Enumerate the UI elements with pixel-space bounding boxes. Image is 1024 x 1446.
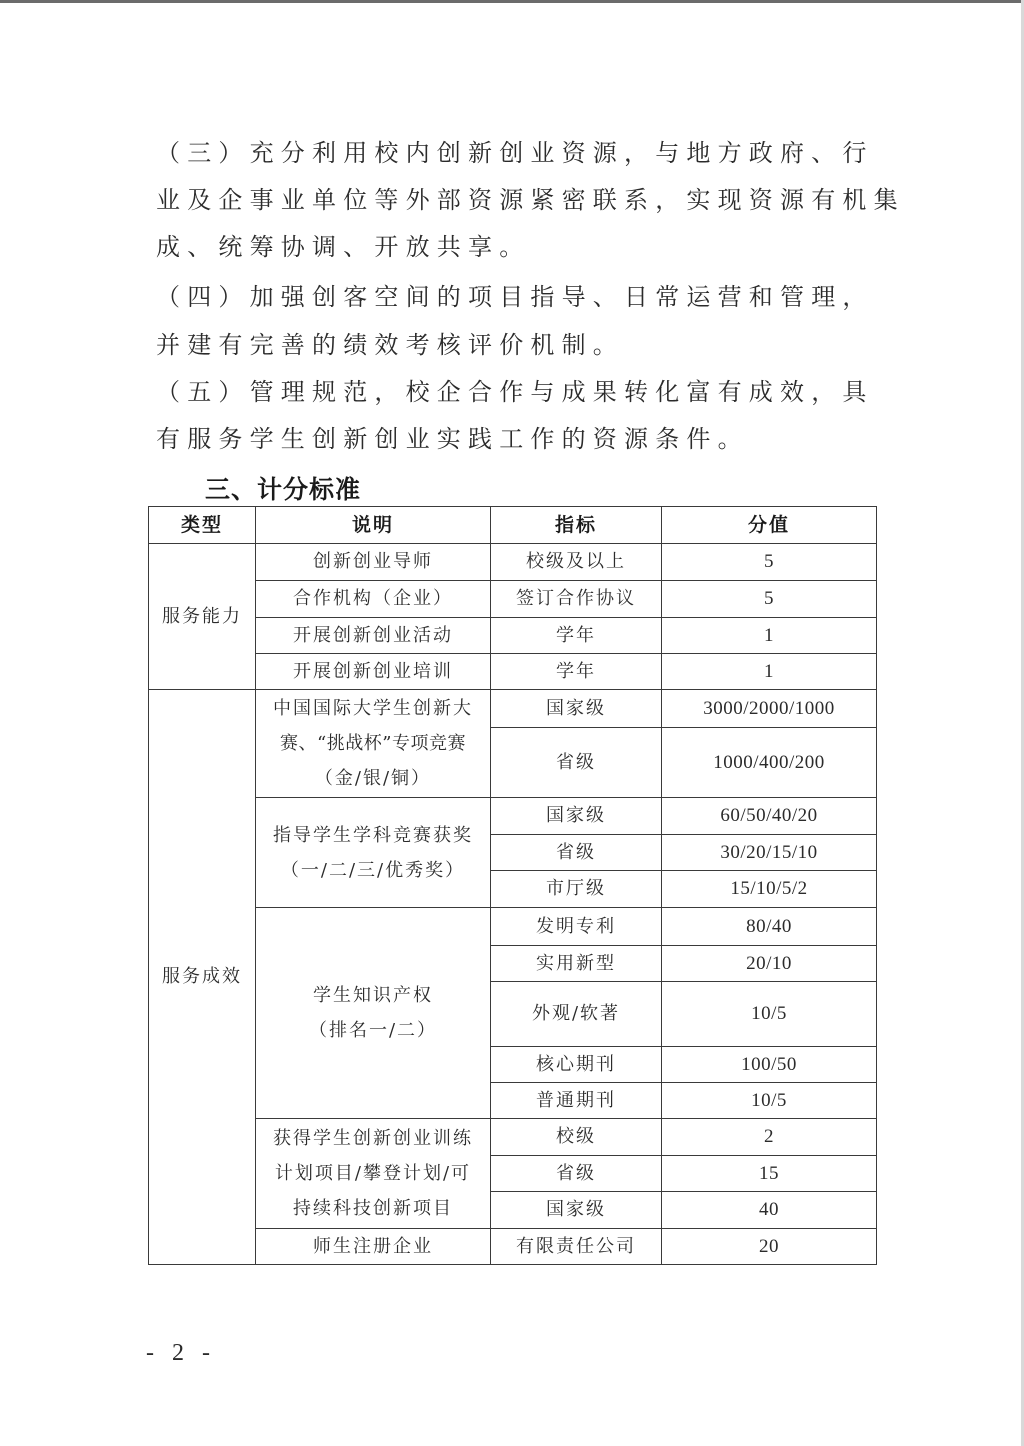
score-cell: 60/50/40/20 bbox=[662, 798, 877, 835]
score-cell: 1 bbox=[662, 654, 877, 690]
table-header-row: 类型 说明 指标 分值 bbox=[149, 507, 877, 544]
indicator-cell: 国家级 bbox=[491, 1192, 662, 1229]
description-line: 持续科技创新项目 bbox=[256, 1191, 490, 1226]
description-cell: 学生知识产权 （排名一/二） bbox=[256, 908, 491, 1119]
indicator-cell: 普通期刊 bbox=[491, 1083, 662, 1119]
description-cell: 师生注册企业 bbox=[256, 1229, 491, 1265]
indicator-cell: 国家级 bbox=[491, 798, 662, 835]
description-line: 中国国际大学生创新大 bbox=[256, 691, 490, 726]
description-cell: 开展创新创业活动 bbox=[256, 618, 491, 654]
header-description: 说明 bbox=[256, 507, 491, 544]
type-cell: 服务能力 bbox=[149, 544, 256, 690]
description-cell: 中国国际大学生创新大 赛、“挑战杯”专项竞赛 （金/银/铜） bbox=[256, 690, 491, 798]
indicator-cell: 国家级 bbox=[491, 690, 662, 728]
description-line: 指导学生学科竞赛获奖 bbox=[256, 818, 490, 853]
paragraph-line: （五）管理规范，校企合作与成果转化富有成效，具 bbox=[156, 377, 876, 407]
description-line: （排名一/二） bbox=[256, 1013, 490, 1048]
score-cell: 10/5 bbox=[662, 1083, 877, 1119]
table-row: 指导学生学科竞赛获奖 （一/二/三/优秀奖） 国家级 60/50/40/20 bbox=[149, 798, 877, 835]
description-line: 获得学生创新创业训练 bbox=[256, 1121, 490, 1156]
scan-top-edge bbox=[0, 0, 1024, 3]
description-line: 计划项目/攀登计划/可 bbox=[256, 1156, 490, 1191]
indicator-cell: 外观/软著 bbox=[491, 982, 662, 1047]
table-row: 服务能力 创新创业导师 校级及以上 5 bbox=[149, 544, 877, 581]
table-row: 师生注册企业 有限责任公司 20 bbox=[149, 1229, 877, 1265]
header-score: 分值 bbox=[662, 507, 877, 544]
indicator-cell: 市厅级 bbox=[491, 871, 662, 908]
score-cell: 1000/400/200 bbox=[662, 728, 877, 798]
description-cell: 指导学生学科竞赛获奖 （一/二/三/优秀奖） bbox=[256, 798, 491, 908]
description-cell: 创新创业导师 bbox=[256, 544, 491, 581]
description-cell: 获得学生创新创业训练 计划项目/攀登计划/可 持续科技创新项目 bbox=[256, 1119, 491, 1229]
table-row: 学生知识产权 （排名一/二） 发明专利 80/40 bbox=[149, 908, 877, 946]
description-line: （一/二/三/优秀奖） bbox=[256, 853, 490, 888]
indicator-cell: 省级 bbox=[491, 835, 662, 871]
indicator-cell: 实用新型 bbox=[491, 946, 662, 982]
header-indicator: 指标 bbox=[491, 507, 662, 544]
paragraph-line: 并建有完善的绩效考核评价机制。 bbox=[156, 330, 876, 360]
header-type: 类型 bbox=[149, 507, 256, 544]
indicator-cell: 校级 bbox=[491, 1119, 662, 1156]
score-cell: 5 bbox=[662, 581, 877, 618]
type-cell: 服务成效 bbox=[149, 690, 256, 1265]
description-cell: 开展创新创业培训 bbox=[256, 654, 491, 690]
score-cell: 20 bbox=[662, 1229, 877, 1265]
indicator-cell: 学年 bbox=[491, 618, 662, 654]
paragraph-line: 成、统筹协调、开放共享。 bbox=[156, 232, 876, 262]
indicator-cell: 省级 bbox=[491, 728, 662, 798]
paragraph-line: 业及企事业单位等外部资源紧密联系，实现资源有机集 bbox=[156, 185, 876, 215]
indicator-cell: 校级及以上 bbox=[491, 544, 662, 581]
table-row: 合作机构（企业） 签订合作协议 5 bbox=[149, 581, 877, 618]
score-cell: 15 bbox=[662, 1156, 877, 1192]
score-cell: 80/40 bbox=[662, 908, 877, 946]
score-cell: 20/10 bbox=[662, 946, 877, 982]
score-cell: 100/50 bbox=[662, 1047, 877, 1083]
description-line: （金/银/铜） bbox=[256, 761, 490, 796]
description-cell: 合作机构（企业） bbox=[256, 581, 491, 618]
indicator-cell: 签订合作协议 bbox=[491, 581, 662, 618]
description-line: 赛、“挑战杯”专项竞赛 bbox=[256, 726, 490, 761]
indicator-cell: 发明专利 bbox=[491, 908, 662, 946]
paragraph-line: （四）加强创客空间的项目指导、日常运营和管理， bbox=[156, 282, 876, 312]
page-number: - 2 - bbox=[146, 1340, 216, 1367]
indicator-cell: 有限责任公司 bbox=[491, 1229, 662, 1265]
section-title: 三、计分标准 bbox=[205, 470, 361, 506]
scoring-table: 类型 说明 指标 分值 服务能力 创新创业导师 校级及以上 5 合作机构（企业）… bbox=[148, 506, 877, 1265]
score-cell: 5 bbox=[662, 544, 877, 581]
description-line: 学生知识产权 bbox=[256, 978, 490, 1013]
score-cell: 15/10/5/2 bbox=[662, 871, 877, 908]
table-row: 开展创新创业培训 学年 1 bbox=[149, 654, 877, 690]
paragraph-line: 有服务学生创新创业实践工作的资源条件。 bbox=[156, 424, 876, 454]
score-cell: 40 bbox=[662, 1192, 877, 1229]
score-cell: 10/5 bbox=[662, 982, 877, 1047]
score-cell: 2 bbox=[662, 1119, 877, 1156]
table-row: 开展创新创业活动 学年 1 bbox=[149, 618, 877, 654]
table-row: 服务成效 中国国际大学生创新大 赛、“挑战杯”专项竞赛 （金/银/铜） 国家级 … bbox=[149, 690, 877, 728]
score-cell: 3000/2000/1000 bbox=[662, 690, 877, 728]
indicator-cell: 核心期刊 bbox=[491, 1047, 662, 1083]
table-row: 获得学生创新创业训练 计划项目/攀登计划/可 持续科技创新项目 校级 2 bbox=[149, 1119, 877, 1156]
indicator-cell: 学年 bbox=[491, 654, 662, 690]
paragraph-line: （三）充分利用校内创新创业资源，与地方政府、行 bbox=[156, 138, 876, 168]
indicator-cell: 省级 bbox=[491, 1156, 662, 1192]
score-cell: 30/20/15/10 bbox=[662, 835, 877, 871]
score-cell: 1 bbox=[662, 618, 877, 654]
